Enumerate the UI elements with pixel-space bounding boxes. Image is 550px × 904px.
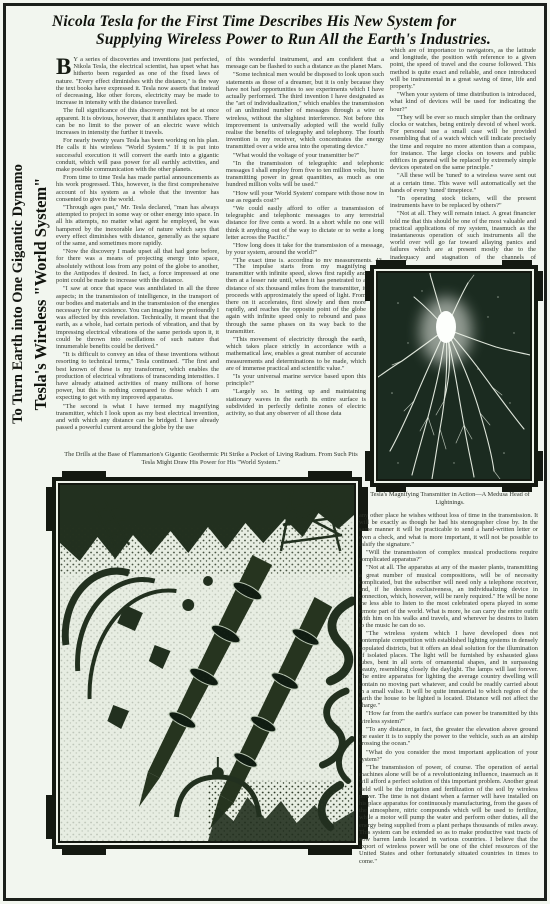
paragraph: "How long does it take for the transmiss… [226,242,384,256]
paragraph: "We could easily afford to offer a trans… [226,205,384,241]
column-2-upper: of this wonderful instrument, and am con… [226,56,384,262]
lightning-image [378,273,530,479]
paragraph: "In the transmission of telegraphic and … [226,160,384,189]
paragraph: "The wireless system which I have develo… [359,630,538,709]
paragraph: "Some technical men would be disposed to… [226,71,384,150]
paragraph: From time to time Tesla has made partial… [56,174,219,203]
frame-step [376,260,406,266]
paragraph: any other place he wishes without loss o… [359,512,538,548]
paragraph: "Not at all. The apparatus at any of the… [359,564,538,629]
paragraph: "The second is what I have termed my mag… [56,403,219,432]
frame-step [365,271,371,301]
paragraph: "In operating stock tickers, will the pr… [390,195,536,209]
frame-step [46,487,53,531]
pit-caption: The Drills at the Base of Flammarion's G… [62,451,360,466]
column-3: which are of importance to navigators, a… [390,47,536,262]
paragraph: "All these will be 'tuned' to a wireless… [390,172,536,194]
frame-step [62,471,106,478]
paragraph: "Is your universal marine service based … [226,373,366,387]
article-title-line1: Nicola Tesla for the First Time Describe… [52,13,538,31]
paragraph: of this wonderful instrument, and am con… [226,56,384,70]
paragraph: which are of importance to navigators, a… [390,47,536,90]
paragraph-text: Y a series of discoveries and inventions… [56,56,219,106]
newspaper-page: Nicola Tesla for the First Time Describe… [0,0,550,904]
vertical-headline-rotated: To Turn Earth into One Gigantic Dynamo T… [8,116,52,472]
vertical-headline-outer-line: To Turn Earth into One Gigantic Dynamo [8,116,29,472]
drop-cap: B [56,56,73,76]
transmitter-photo [370,265,538,487]
paragraph: "The exact time is, according to my meas… [226,257,384,262]
frame-step [537,451,543,481]
pit-illustration [52,477,362,849]
drills-engraving [60,485,354,841]
paragraph: "This movement of electricity through th… [226,336,366,372]
paragraph: "The transmission of power, of course. T… [359,764,538,865]
paragraph: "Not at all. They will remain intact. A … [390,210,536,262]
frame-step [46,795,53,839]
frame-step [62,848,106,855]
paragraph: "They will be ever so much simpler than … [390,114,536,172]
frame-step [502,260,532,266]
paragraph: "The impulse starts from my magnifying t… [226,263,366,335]
frame-step [365,451,371,481]
frame-step [308,471,352,478]
paragraph: "I saw at once that space was annihilate… [56,285,219,350]
vertical-headline: To Turn Earth into One Gigantic Dynamo T… [6,116,54,472]
transmitter-caption: Tesla's Magnifying Transmitter in Action… [362,491,538,506]
paragraph: "What would the voltage of your transmit… [226,152,384,159]
frame-step [537,271,543,301]
column-2-lower: "The impulse starts from my magnifying t… [226,263,366,451]
bottom-column: any other place he wishes without loss o… [359,512,538,890]
paragraph: "How will your 'World System' compare wi… [226,190,384,204]
frame-step [308,848,352,855]
paragraph: "Through ages past," Mr. Tesla declared,… [56,204,219,247]
paragraph: "How far from the earth's surface can po… [359,710,538,724]
paragraph: "What do you consider the most important… [359,749,538,763]
paragraph: BY a series of discoveries and invention… [56,56,219,106]
paragraph: The full significance of this discovery … [56,107,219,136]
article-title: Nicola Tesla for the First Time Describe… [52,13,538,49]
vertical-headline-inner-line: Tesla's Wireless "World System" [29,116,52,472]
paragraph: "To any distance, in fact, the greater t… [359,726,538,748]
paragraph: For nearly twenty years Tesla has been w… [56,137,219,173]
paragraph: "It is difficult to convey an idea of th… [56,351,219,401]
column-1: BY a series of discoveries and invention… [56,56,219,448]
paragraph: "Will the transmission of complex musica… [359,549,538,563]
paragraph: "Now the discovery I made upset all that… [56,248,219,284]
paragraph: "Largely so. In setting up and maintaini… [226,388,366,417]
paragraph: "When your system of time distribution i… [390,91,536,113]
